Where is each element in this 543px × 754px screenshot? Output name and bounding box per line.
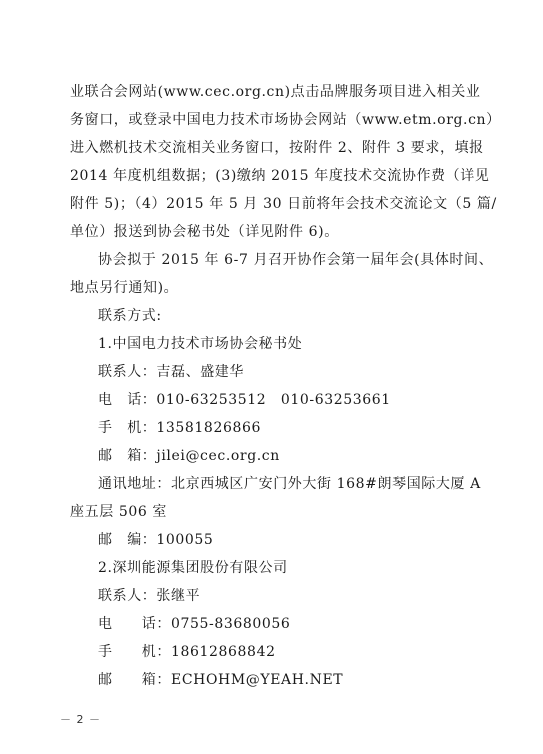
- paragraph-line: 2014 年度机组数据；(3)缴纳 2015 年度技术交流协作费（详见: [70, 162, 470, 190]
- contact-heading: 联系方式:: [70, 302, 470, 330]
- paragraph-line: 业联合会网站(www.cec.org.cn)点击品牌服务项目进入相关业: [70, 78, 470, 106]
- paragraph-line: 务窗口，或登录中国电力技术市场协会网站（www.etm.org.cn）: [70, 106, 470, 134]
- contact-org-2-name: 2.深圳能源集团股份有限公司: [70, 554, 470, 582]
- paragraph-line: 单位）报送到协会秘书处（详见附件 6)。: [70, 218, 470, 246]
- contact-org-2-phone: 电 话：0755-83680056: [70, 610, 470, 638]
- contact-org-1-person: 联系人：吉磊、盛建华: [70, 358, 470, 386]
- document-body: 业联合会网站(www.cec.org.cn)点击品牌服务项目进入相关业 务窗口，…: [70, 78, 470, 694]
- contact-org-1-address: 通讯地址：北京西城区广安门外大街 168#朗琴国际大厦 A: [70, 470, 470, 498]
- annual-meeting-line: 地点另行通知)。: [70, 274, 470, 302]
- page-number: － 2 －: [60, 711, 101, 727]
- paragraph-line: 附件 5)；（4）2015 年 5 月 30 日前将年会技术交流论文（5 篇/: [70, 190, 470, 218]
- contact-org-1-address-cont: 座五层 506 室: [70, 498, 470, 526]
- paragraph-line: 进入燃机技术交流相关业务窗口，按附件 2、附件 3 要求，填报: [70, 134, 470, 162]
- contact-org-2-mobile: 手 机：18612868842: [70, 638, 470, 666]
- contact-org-1-email: 邮 箱：jilei@cec.org.cn: [70, 442, 470, 470]
- annual-meeting-line: 协会拟于 2015 年 6-7 月召开协作会第一届年会(具体时间、: [70, 246, 470, 274]
- contact-org-1-mobile: 手 机：13581826866: [70, 414, 470, 442]
- document-page: 业联合会网站(www.cec.org.cn)点击品牌服务项目进入相关业 务窗口，…: [0, 0, 543, 754]
- contact-org-1-phone: 电 话：010-63253512 010-63253661: [70, 386, 470, 414]
- contact-org-1-postcode: 邮 编：100055: [70, 526, 470, 554]
- contact-org-2-person: 联系人：张继平: [70, 582, 470, 610]
- contact-org-1-name: 1.中国电力技术市场协会秘书处: [70, 330, 470, 358]
- contact-org-2-email: 邮 箱：ECHOHM@YEAH.NET: [70, 666, 470, 694]
